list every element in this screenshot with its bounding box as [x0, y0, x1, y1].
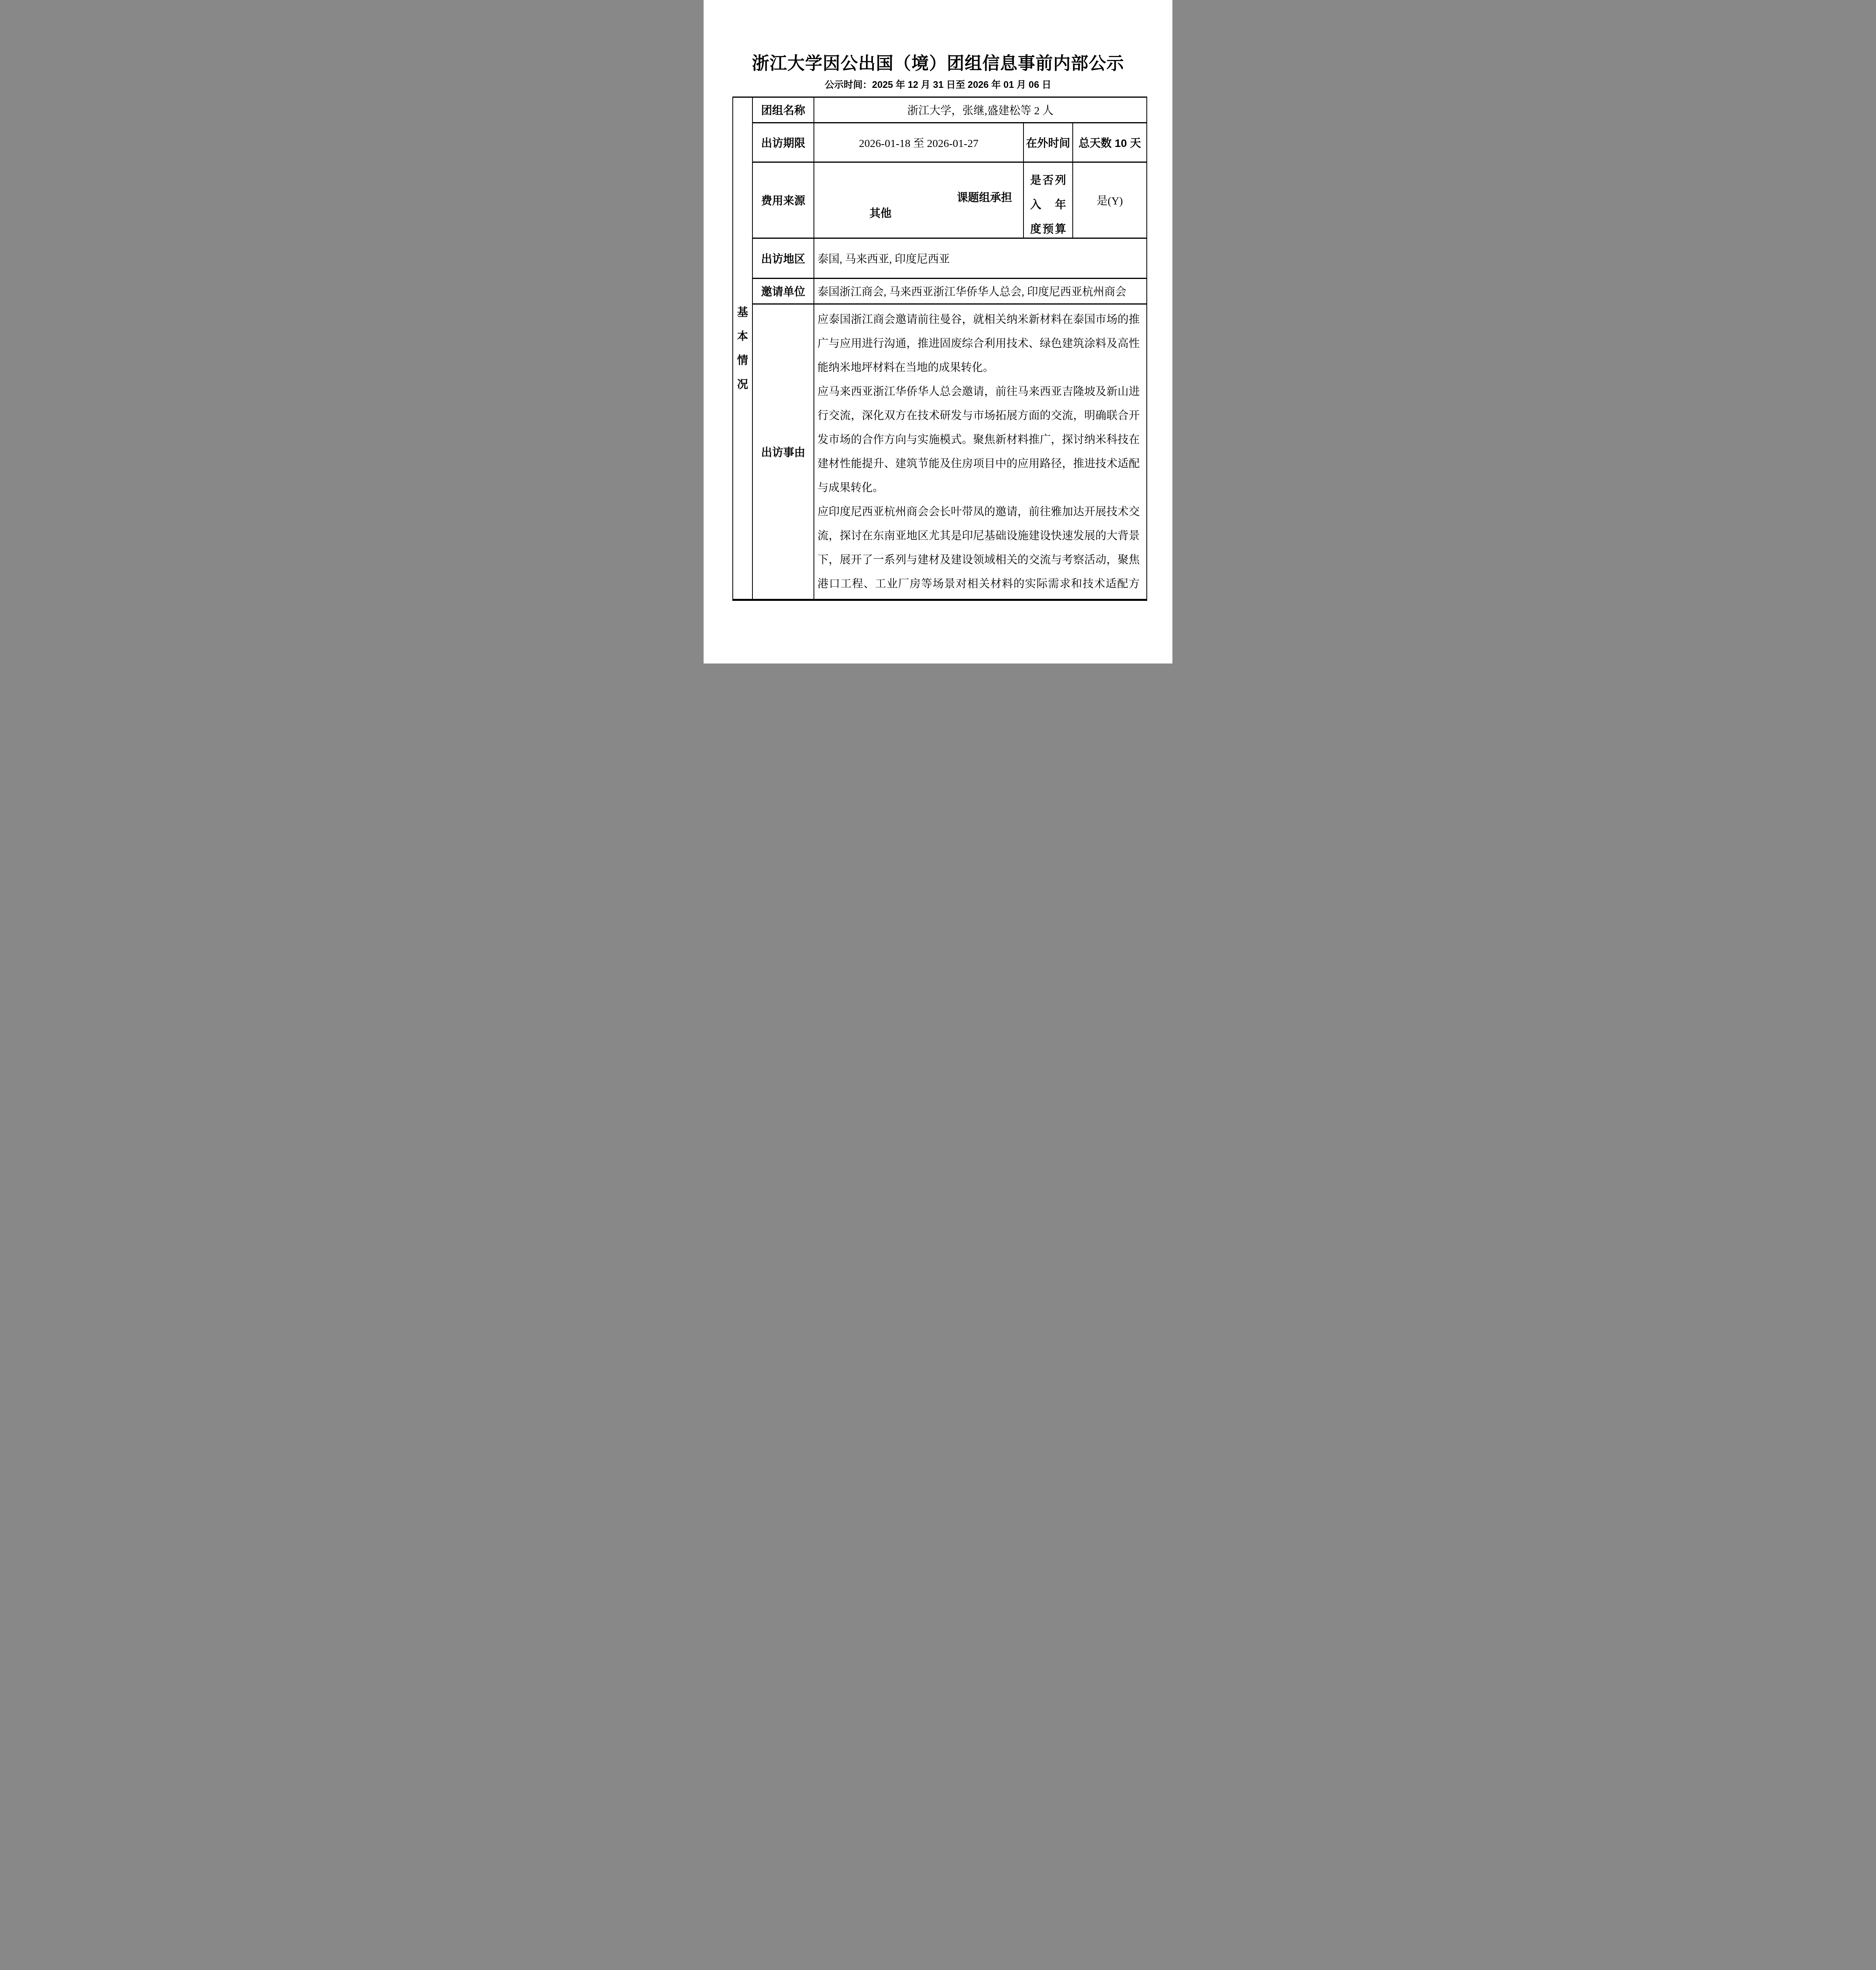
budget-label-line: 是否列 — [1024, 168, 1072, 193]
visit-reason-paragraph: 应泰国浙江商会邀请前往曼谷，就相关纳米新材料在泰国市场的推广与应用进行沟通，推进… — [817, 308, 1140, 380]
label-inviters: 邀请单位 — [753, 279, 814, 305]
visit-reason-paragraph: 应印度尼西亚杭州商会会长叶带凤的邀请，前往雅加达开展技术交流，探讨在东南亚地区尤… — [817, 500, 1140, 599]
funding-source-line1: 课题组承担 — [814, 190, 1023, 206]
budget-label-line: 入年 — [1024, 193, 1072, 217]
info-table: 基 本 情 况 团组名称 浙江大学，张继,盛建松等 2 人 出访期限 2026-… — [732, 97, 1147, 601]
page-title: 浙江大学因公出国（境）团组信息事前内部公示 — [704, 53, 1172, 74]
side-label-char: 情 — [737, 348, 748, 372]
value-regions: 泰国, 马来西亚, 印度尼西亚 — [814, 239, 1146, 279]
value-total-days: 总天数 10 天 — [1073, 123, 1146, 163]
label-group-name: 团组名称 — [753, 98, 814, 123]
value-visit-period: 2026-01-18 至 2026-01-27 — [814, 123, 1024, 163]
side-label-char: 基 — [737, 300, 748, 324]
label-annual-budget: 是否列 入年 度预算 — [1024, 163, 1073, 239]
value-group-name: 浙江大学，张继,盛建松等 2 人 — [814, 98, 1146, 123]
document-page: 浙江大学因公出国（境）团组信息事前内部公示 公示时间：2025 年 12 月 3… — [704, 0, 1172, 663]
label-visit-reason: 出访事由 — [753, 305, 814, 599]
publicity-period: 公示时间：2025 年 12 月 31 日至 2026 年 01 月 06 日 — [704, 80, 1172, 91]
side-label-char: 本 — [737, 324, 748, 348]
funding-source-lines: 课题组承担 其他 — [814, 190, 1023, 221]
value-visit-reason: 应泰国浙江商会邀请前往曼谷，就相关纳米新材料在泰国市场的推广与应用进行沟通，推进… — [814, 305, 1146, 599]
label-time-abroad: 在外时间 — [1024, 123, 1073, 163]
budget-label-line: 度预算 — [1024, 217, 1072, 239]
label-regions: 出访地区 — [753, 239, 814, 279]
value-inviters: 泰国浙江商会, 马来西亚浙江华侨华人总会, 印度尼西亚杭州商会 — [814, 279, 1146, 305]
value-funding-source: 课题组承担 其他 — [814, 163, 1024, 239]
visit-reason-paragraph: 应马来西亚浙江华侨华人总会邀请，前往马来西亚吉隆坡及新山进行交流，深化双方在技术… — [817, 380, 1140, 500]
side-label-basic-info: 基 本 情 况 — [733, 98, 753, 599]
value-annual-budget: 是(Y) — [1073, 163, 1146, 239]
label-visit-period: 出访期限 — [753, 123, 814, 163]
side-label-char: 况 — [737, 372, 748, 396]
funding-source-line2: 其他 — [814, 206, 1023, 221]
label-funding-source: 费用来源 — [753, 163, 814, 239]
